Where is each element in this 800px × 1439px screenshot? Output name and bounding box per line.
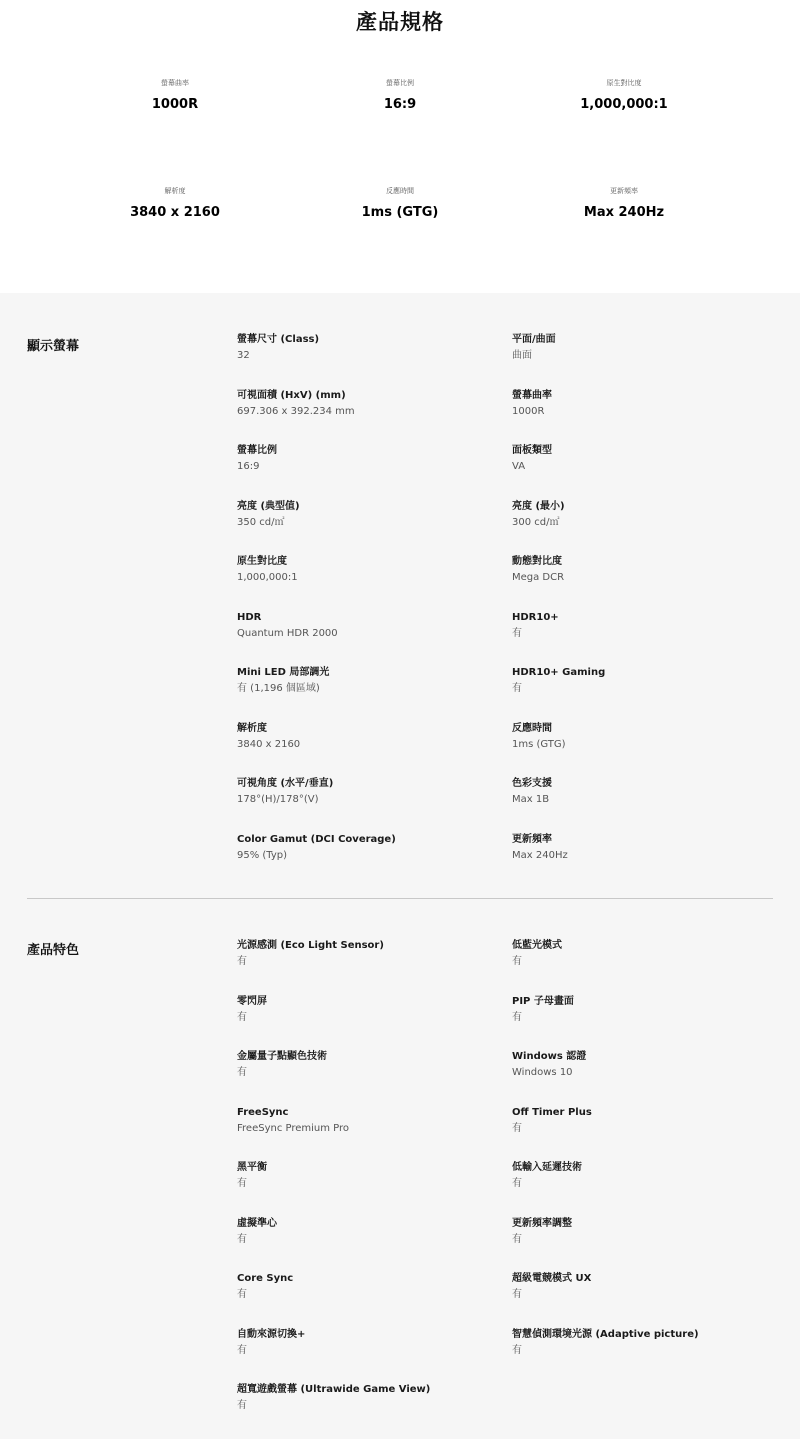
spec-key: 亮度 (最小): [512, 500, 787, 514]
spec-value: 有: [512, 682, 787, 696]
spec-key: 反應時間: [512, 722, 787, 736]
highlight-row: 解析度 3840 x 2160 反應時間 1ms (GTG) 更新頻率 Max …: [0, 185, 800, 245]
spec-value: Quantum HDR 2000: [237, 627, 512, 641]
spec-item: Color Gamut (DCI Coverage)95% (Typ): [237, 833, 512, 889]
spec-key: 平面/曲面: [512, 333, 787, 347]
spec-key: 螢幕比例: [237, 444, 512, 458]
spec-value: 697.306 x 392.234 mm: [237, 405, 512, 419]
spec-item: HDRQuantum HDR 2000: [237, 611, 512, 667]
spec-key: 自動來源切換+: [237, 1328, 512, 1342]
spec-item: 色彩支援Max 1B: [512, 777, 787, 833]
highlight-value: 1,000,000:1: [524, 97, 724, 112]
highlight-value: 1ms (GTG): [300, 205, 500, 220]
spec-value: 16:9: [237, 460, 512, 474]
highlight-item: 螢幕曲率 1000R: [75, 77, 275, 112]
spec-value: 有: [237, 1066, 512, 1080]
spec-value: Mega DCR: [512, 571, 787, 585]
spec-key: 超寬遊戲螢幕 (Ultrawide Game View): [237, 1383, 512, 1397]
section-display: 顯示螢幕 螢幕尺寸 (Class)32平面/曲面曲面可視面積 (HxV) (mm…: [27, 293, 773, 898]
spec-item: Core Sync有: [237, 1272, 512, 1328]
highlight-label: 更新頻率: [524, 185, 724, 197]
spec-value: 有: [237, 1399, 512, 1413]
section-title: 產品特色: [27, 899, 237, 1439]
spec-key: Core Sync: [237, 1272, 512, 1286]
highlight-value: Max 240Hz: [524, 205, 724, 220]
spec-key: 光源感測 (Eco Light Sensor): [237, 939, 512, 953]
highlight-label: 螢幕曲率: [75, 77, 275, 89]
spec-key: 黑平衡: [237, 1161, 512, 1175]
highlight-item: 螢幕比例 16:9: [300, 77, 500, 112]
spec-item: 虛擬準心有: [237, 1217, 512, 1273]
highlight-label: 解析度: [75, 185, 275, 197]
spec-value: 有: [512, 1233, 787, 1247]
spec-key: FreeSync: [237, 1106, 512, 1120]
spec-value: 1ms (GTG): [512, 738, 787, 752]
spec-key: 低輸入延遲技術: [512, 1161, 787, 1175]
spec-value: 有 (1,196 個區域): [237, 682, 512, 696]
spec-item: 超級電競模式 UX有: [512, 1272, 787, 1328]
spec-value: 300 cd/㎡: [512, 516, 787, 530]
spec-item: HDR10+ Gaming有: [512, 666, 787, 722]
highlight-item: 解析度 3840 x 2160: [75, 185, 275, 220]
spec-value: FreeSync Premium Pro: [237, 1122, 512, 1136]
spec-item: 螢幕尺寸 (Class)32: [237, 333, 512, 389]
spec-key: 解析度: [237, 722, 512, 736]
spec-key: 金屬量子點顯色技術: [237, 1050, 512, 1064]
spec-key: HDR10+ Gaming: [512, 666, 787, 680]
spec-value: 曲面: [512, 349, 787, 363]
spec-key: 螢幕尺寸 (Class): [237, 333, 512, 347]
spec-value: 32: [237, 349, 512, 363]
highlight-label: 反應時間: [300, 185, 500, 197]
spec-item: 亮度 (典型值)350 cd/㎡: [237, 500, 512, 556]
spec-item: 螢幕曲率1000R: [512, 389, 787, 445]
spec-key: 更新頻率調整: [512, 1217, 787, 1231]
spec-value: 有: [237, 1233, 512, 1247]
spec-value: 有: [237, 1344, 512, 1358]
spec-item: 更新頻率調整有: [512, 1217, 787, 1273]
spec-grid: 光源感測 (Eco Light Sensor)有低藍光模式有零閃屏有PIP 子母…: [237, 899, 787, 1439]
spec-value: 有: [237, 1011, 512, 1025]
spec-item: Windows 認證Windows 10: [512, 1050, 787, 1106]
spec-value: 1000R: [512, 405, 787, 419]
spec-value: 有: [237, 955, 512, 969]
spec-key: Mini LED 局部調光: [237, 666, 512, 680]
highlight-item: 更新頻率 Max 240Hz: [524, 185, 724, 220]
section-title: 顯示螢幕: [27, 293, 237, 898]
spec-item: 螢幕比例16:9: [237, 444, 512, 500]
spec-key: HDR: [237, 611, 512, 625]
spec-key: Color Gamut (DCI Coverage): [237, 833, 512, 847]
highlight-item: 原生對比度 1,000,000:1: [524, 77, 724, 112]
spec-value: Max 1B: [512, 793, 787, 807]
spec-key: 螢幕曲率: [512, 389, 787, 403]
spec-value: 有: [512, 955, 787, 969]
spec-item: FreeSyncFreeSync Premium Pro: [237, 1106, 512, 1162]
spec-item: 可視面積 (HxV) (mm)697.306 x 392.234 mm: [237, 389, 512, 445]
spec-value: 178°(H)/178°(V): [237, 793, 512, 807]
spec-value: VA: [512, 460, 787, 474]
highlight-value: 1000R: [75, 97, 275, 112]
spec-key: 可視面積 (HxV) (mm): [237, 389, 512, 403]
page-title: 產品規格: [0, 6, 800, 36]
section-features: 產品特色 光源感測 (Eco Light Sensor)有低藍光模式有零閃屏有P…: [27, 899, 773, 1439]
spec-key: 更新頻率: [512, 833, 787, 847]
spec-key: 智慧偵測環境光源 (Adaptive picture): [512, 1328, 787, 1342]
spec-grid: 螢幕尺寸 (Class)32平面/曲面曲面可視面積 (HxV) (mm)697.…: [237, 293, 787, 898]
highlight-label: 原生對比度: [524, 77, 724, 89]
spec-value: Max 240Hz: [512, 849, 787, 863]
spec-item: 反應時間1ms (GTG): [512, 722, 787, 778]
spec-item: 超寬遊戲螢幕 (Ultrawide Game View)有: [237, 1383, 512, 1439]
spec-item: 自動來源切換+有: [237, 1328, 512, 1384]
spec-value: 有: [512, 1177, 787, 1191]
spec-key: 原生對比度: [237, 555, 512, 569]
spec-item: 智慧偵測環境光源 (Adaptive picture)有: [512, 1328, 787, 1384]
spec-value: 3840 x 2160: [237, 738, 512, 752]
spec-item: 更新頻率Max 240Hz: [512, 833, 787, 889]
specs-header: 產品規格 螢幕曲率 1000R 螢幕比例 16:9 原生對比度 1,000,00…: [0, 0, 800, 293]
spec-key: PIP 子母畫面: [512, 995, 787, 1009]
highlight-value: 16:9: [300, 97, 500, 112]
highlight-item: 反應時間 1ms (GTG): [300, 185, 500, 220]
spec-value: 有: [512, 1288, 787, 1302]
spec-value: 350 cd/㎡: [237, 516, 512, 530]
spec-item: 可視角度 (水平/垂直)178°(H)/178°(V): [237, 777, 512, 833]
spec-value: Windows 10: [512, 1066, 787, 1080]
spec-key: 虛擬準心: [237, 1217, 512, 1231]
spec-value: 有: [512, 1344, 787, 1358]
spec-item: 黑平衡有: [237, 1161, 512, 1217]
spec-item: 低輸入延遲技術有: [512, 1161, 787, 1217]
spec-item: Off Timer Plus有: [512, 1106, 787, 1162]
spec-value: 有: [512, 627, 787, 641]
highlight-row: 螢幕曲率 1000R 螢幕比例 16:9 原生對比度 1,000,000:1: [0, 77, 800, 137]
spec-key: 超級電競模式 UX: [512, 1272, 787, 1286]
spec-item: 亮度 (最小)300 cd/㎡: [512, 500, 787, 556]
spec-value: 95% (Typ): [237, 849, 512, 863]
spec-item: 原生對比度1,000,000:1: [237, 555, 512, 611]
spec-item: PIP 子母畫面有: [512, 995, 787, 1051]
spec-key: 可視角度 (水平/垂直): [237, 777, 512, 791]
spec-item: 平面/曲面曲面: [512, 333, 787, 389]
spec-key: 低藍光模式: [512, 939, 787, 953]
specs-body: 顯示螢幕 螢幕尺寸 (Class)32平面/曲面曲面可視面積 (HxV) (mm…: [0, 293, 800, 1439]
highlight-label: 螢幕比例: [300, 77, 500, 89]
spec-value: 有: [512, 1011, 787, 1025]
spec-value: 有: [237, 1288, 512, 1302]
spec-item: 動態對比度Mega DCR: [512, 555, 787, 611]
spec-value: 有: [512, 1122, 787, 1136]
spec-item: Mini LED 局部調光有 (1,196 個區域): [237, 666, 512, 722]
spec-key: Off Timer Plus: [512, 1106, 787, 1120]
spec-value: 1,000,000:1: [237, 571, 512, 585]
spec-key: 動態對比度: [512, 555, 787, 569]
spec-item: 光源感測 (Eco Light Sensor)有: [237, 939, 512, 995]
spec-item: 低藍光模式有: [512, 939, 787, 995]
spec-key: 亮度 (典型值): [237, 500, 512, 514]
spec-item: 零閃屏有: [237, 995, 512, 1051]
spec-item: 金屬量子點顯色技術有: [237, 1050, 512, 1106]
spec-key: Windows 認證: [512, 1050, 787, 1064]
spec-key: 色彩支援: [512, 777, 787, 791]
highlight-value: 3840 x 2160: [75, 205, 275, 220]
spec-item: HDR10+有: [512, 611, 787, 667]
spec-item: 面板類型VA: [512, 444, 787, 500]
spec-value: 有: [237, 1177, 512, 1191]
spec-key: HDR10+: [512, 611, 787, 625]
spec-key: 面板類型: [512, 444, 787, 458]
spec-key: 零閃屏: [237, 995, 512, 1009]
spec-item: 解析度3840 x 2160: [237, 722, 512, 778]
